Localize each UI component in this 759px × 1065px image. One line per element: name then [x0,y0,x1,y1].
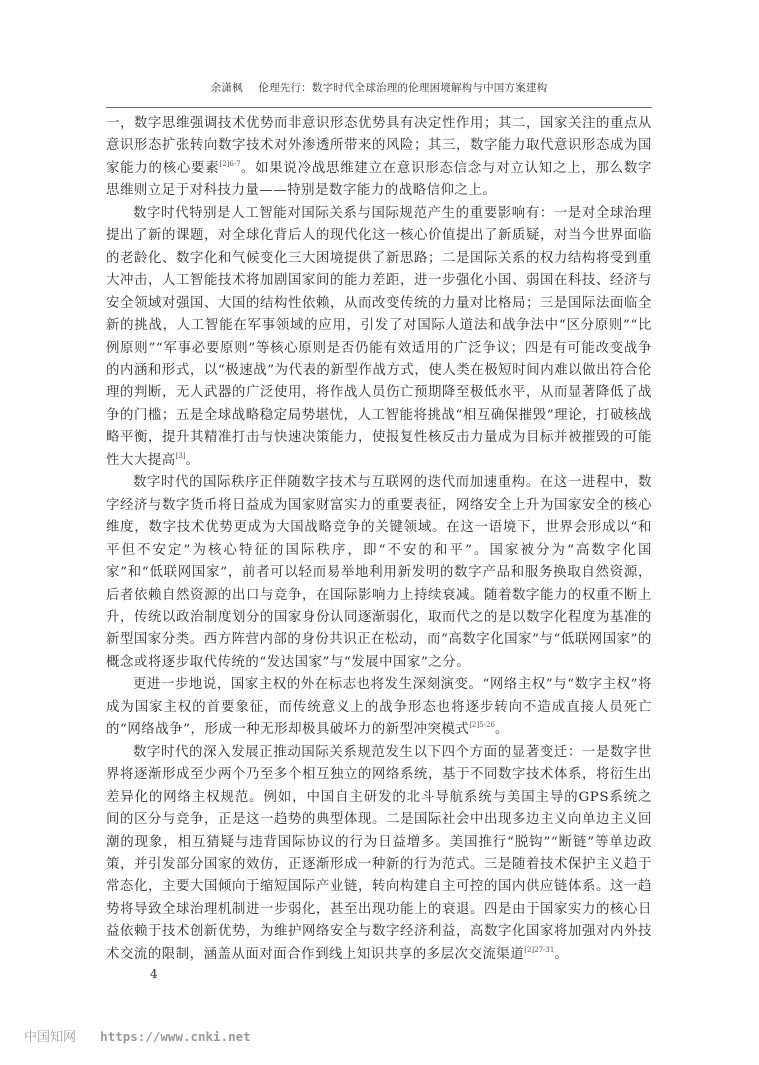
paragraph-text: 数字时代的国际秩序正伴随数字技术与互联网的迭代而加速重构。在这一进程中，数字经济… [106,475,652,670]
footer-site-name: 中国知网 [24,1030,76,1045]
paragraph-text: 。 [495,722,509,737]
citation-reference[interactable]: [3] [176,452,186,460]
paragraph-text: 数字时代特别是人工智能对国际关系与国际规范产生的重要影响有：一是对全球治理提出了… [106,206,652,468]
paragraph-text: 更进一步地说，国家主权的外在标志也将发生深刻演变。“网络主权”与“数字主权”将成… [106,677,652,737]
footer-watermark: 中国知网 https://www.cnki.net [24,1026,251,1045]
article-body: 一，数字思维强调技术优势而非意识形态优势具有决定性作用；其二，国家关注的重点从意… [106,113,652,966]
header-article-title: 伦理先行：数字时代全球治理的伦理困境解构与中国方案建构 [258,82,547,94]
paragraph: 更进一步地说，国家主权的外在标志也将发生深刻演变。“网络主权”与“数字主权”将成… [106,674,652,741]
paragraph: 一，数字思维强调技术优势而非意识形态优势具有决定性作用；其二，国家关注的重点从意… [106,113,652,203]
running-header: 余潇枫 伦理先行：数字时代全球治理的伦理困境解构与中国方案建构 [106,80,652,95]
header-author: 余潇枫 [211,82,243,94]
header-divider [106,107,652,108]
page-number: 4 [150,967,158,981]
paragraph: 数字时代特别是人工智能对国际关系与国际规范产生的重要影响有：一是对全球治理提出了… [106,203,652,472]
paragraph-text: 。 [554,947,568,962]
footer-url-link[interactable]: https://www.cnki.net [100,1029,251,1044]
paragraph-text: 数字时代的深入发展正推动国际关系规范发生以下四个方面的显著变迁：一是数字世界将逐… [106,745,652,962]
citation-reference[interactable]: [2]6-7 [219,160,240,168]
paragraph-text: 。 [186,453,200,468]
paragraph: 数字时代的国际秩序正伴随数字技术与互联网的迭代而加速重构。在这一进程中，数字经济… [106,472,652,674]
paragraph: 数字时代的深入发展正推动国际关系规范发生以下四个方面的显著变迁：一是数字世界将逐… [106,742,652,967]
citation-reference[interactable]: [2]5-26 [469,721,495,729]
citation-reference[interactable]: [2]27-31 [524,946,554,954]
